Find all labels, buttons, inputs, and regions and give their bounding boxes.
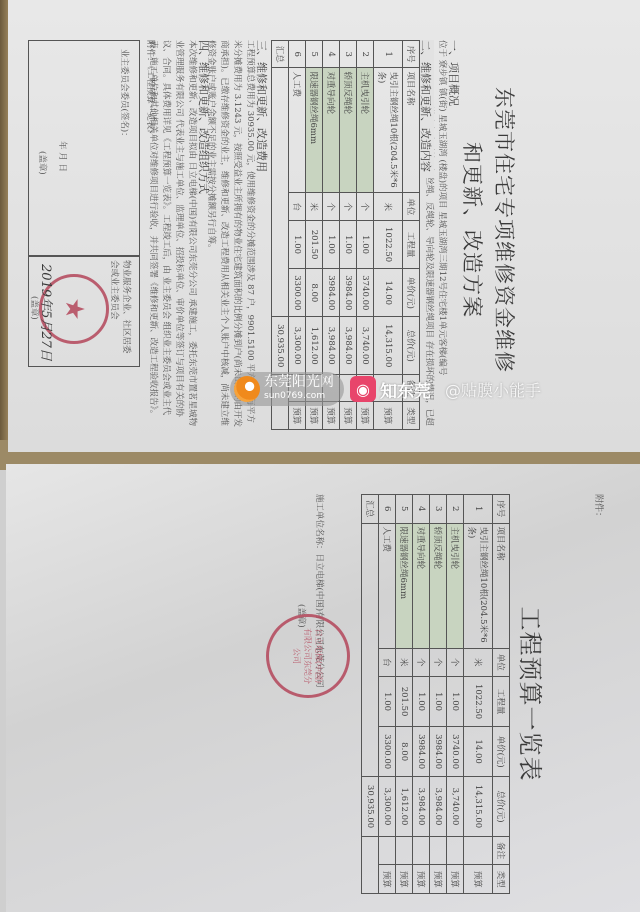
owner-committee-signature-box: 业主委员会委员(签名)： 年 月 日 (盖章): [28, 40, 140, 257]
table-cell: 3984.00: [430, 727, 447, 777]
total-label: 汇总: [362, 495, 379, 524]
table-cell: 轿顶反绳轮: [430, 523, 447, 648]
contractor-stamp: 日立电梯(中国)有限公司东莞分公司: [266, 614, 350, 698]
section-3-heading: 三、维修和更新、改造费用: [254, 40, 270, 172]
table-cell: 6: [289, 41, 306, 68]
table-cell: 3,300.00: [289, 317, 306, 375]
table-cell: 米: [306, 193, 323, 220]
total-value: 30,935.00: [362, 777, 379, 837]
table-cell: [430, 836, 447, 865]
table-cell: 4: [323, 41, 340, 68]
table-cell: 预算: [396, 865, 413, 894]
owner-signature-label: 业主委员会委员(签名)：: [119, 49, 131, 141]
table-cell: 3984.00: [413, 727, 430, 777]
table-cell: 4: [413, 495, 430, 524]
property-seal-label: (盖章): [29, 296, 41, 320]
table-cell: 个: [323, 193, 340, 220]
site-name: 东莞阳光网: [264, 374, 334, 390]
table-row: 3轿顶反绳轮个1.003984.003,984.00预算: [430, 495, 447, 894]
table-cell: 1.00: [357, 220, 374, 268]
table-cell: 预算: [379, 865, 396, 894]
table-cell: 3,984.00: [430, 777, 447, 837]
table-row: 2主机曳引轮个1.003740.003,740.00预算: [447, 495, 464, 894]
table-row: 4对重导向轮个1.003984.003,984.00预算: [413, 495, 430, 894]
sun0769-logo: 东莞阳光网 sun0769.com: [230, 372, 344, 406]
stamp-text: 日立电梯(中国)有限公司东莞分公司: [292, 626, 325, 686]
sun-logo-icon: [234, 376, 260, 402]
table-cell: 201.50: [306, 220, 323, 268]
title-line-1: 东莞市住宅专项维修资金维修: [492, 87, 516, 373]
table-cell: 3,740.00: [357, 317, 374, 375]
star-icon: ★: [59, 297, 89, 320]
table-cell: 1.00: [340, 220, 357, 268]
table-row: 5限速器钢丝绳6mm米201.508.001,612.00预算: [396, 495, 413, 894]
attachment-label: 附件：: [593, 494, 606, 521]
property-signature-label: 物业服务企业、社区居委会或业主委员会: [109, 260, 133, 360]
table-row: 1曳引主钢丝绳10根(204.5米*6条)米1022.5014.0014,315…: [464, 495, 493, 894]
table-cell: 1.00: [447, 677, 464, 727]
table-cell: 3,984.00: [323, 317, 340, 375]
zhidongguan-logo: ◉ 知东莞: [350, 376, 431, 402]
table-cell: 3984.00: [340, 269, 357, 317]
column-header: 备注: [493, 836, 510, 865]
table-cell: 1.00: [379, 677, 396, 727]
table-cell: 1.00: [323, 220, 340, 268]
eye-icon: ◉: [350, 376, 376, 402]
table-cell: 3: [340, 41, 357, 68]
table-cell: 主机曳引轮: [447, 523, 464, 648]
table-cell: 1: [374, 41, 403, 68]
budget-table-2: 序号项目名称单位工程量单价(元)总价(元)备注类型 1曳引主钢丝绳10根(204…: [361, 494, 510, 894]
column-header: 项目名称: [403, 68, 420, 193]
table-total-row: 汇总30,935.00: [362, 495, 379, 894]
table-cell: 3: [430, 495, 447, 524]
date-label: 年 月 日: [57, 141, 69, 172]
table-cell: [396, 836, 413, 865]
table-cell: 1022.50: [464, 677, 493, 727]
document-title: 东莞市住宅专项维修资金维修 和更新、改造方案: [458, 40, 520, 420]
table-cell: 8.00: [306, 269, 323, 317]
author-handle: @贴膜小能手: [445, 378, 541, 401]
table-cell: [379, 836, 396, 865]
table-cell: 14,315.00: [464, 777, 493, 837]
table-cell: 1,612.00: [306, 317, 323, 375]
table-cell: 人工费: [289, 68, 306, 193]
section-1-heading: 一、项目概况: [446, 40, 462, 106]
app-name: 知东莞: [380, 377, 431, 402]
column-header: 单位: [403, 193, 420, 220]
table-cell: 预算: [430, 865, 447, 894]
column-header: 单价(元): [493, 727, 510, 777]
table-row: 6人工费台1.003300.003,300.00预算: [379, 495, 396, 894]
table-cell: 3300.00: [379, 727, 396, 777]
table-cell: 5: [306, 41, 323, 68]
table-cell: 14.00: [464, 727, 493, 777]
table-cell: 米: [374, 193, 403, 220]
document-budget-list: 附件： 工程预算一览表 序号项目名称单位工程量单价(元)总价(元)备注类型 1曳…: [6, 464, 640, 912]
site-url: sun0769.com: [264, 389, 334, 403]
seal-label: (盖章): [37, 151, 49, 175]
table-cell: 预算: [464, 865, 493, 894]
table-cell: 1,612.00: [396, 777, 413, 837]
table-cell: 3,984.00: [413, 777, 430, 837]
budget-title: 工程预算一览表: [515, 504, 550, 884]
attachment-note: 附件：《工程预算一览表》: [143, 40, 156, 138]
table-cell: 3740.00: [357, 269, 374, 317]
column-header: 项目名称: [493, 523, 510, 648]
table-cell: 个: [413, 648, 430, 677]
table-cell: 米: [464, 648, 493, 677]
column-header: 类型: [493, 865, 510, 894]
table-cell: 3,300.00: [379, 777, 396, 837]
table-cell: 限速器钢丝绳6mm: [306, 68, 323, 193]
column-header: 工程量: [403, 220, 420, 268]
table-cell: 预算: [447, 865, 464, 894]
table-cell: 主机曳引轮: [357, 68, 374, 193]
table-cell: 8.00: [396, 727, 413, 777]
table-cell: 1.00: [413, 677, 430, 727]
table-cell: 2: [447, 495, 464, 524]
table-cell: 3984.00: [323, 269, 340, 317]
table-cell: 3300.00: [289, 269, 306, 317]
table-cell: 对重导向轮: [323, 68, 340, 193]
total-label: 汇总: [272, 41, 289, 68]
table-cell: 5: [396, 495, 413, 524]
column-header: 工程量: [493, 677, 510, 727]
table-cell: 个: [357, 193, 374, 220]
table-cell: 曳引主钢丝绳10根(204.5米*6条): [464, 523, 493, 648]
table-cell: 3740.00: [447, 727, 464, 777]
column-header: 序号: [493, 495, 510, 524]
watermark: 东莞阳光网 sun0769.com ◉ 知东莞 @贴膜小能手: [230, 371, 541, 407]
table-cell: 限速器钢丝绳6mm: [396, 523, 413, 648]
table-cell: [464, 836, 493, 865]
column-header: 序号: [403, 41, 420, 68]
table-cell: 1.00: [289, 220, 306, 268]
table-cell: 轿顶反绳轮: [340, 68, 357, 193]
table-cell: 对重导向轮: [413, 523, 430, 648]
section-4-heading: 四、维修和更新、改造组织方式: [196, 40, 212, 194]
table-cell: 201.50: [396, 677, 413, 727]
table-cell: 米: [396, 648, 413, 677]
table-cell: 14,315.00: [374, 317, 403, 375]
table-cell: 14.00: [374, 269, 403, 317]
column-header: 单价(元): [403, 269, 420, 317]
total-value: 30,935.00: [272, 317, 289, 375]
table-cell: 2: [357, 41, 374, 68]
table-cell: 3,740.00: [447, 777, 464, 837]
table-cell: 3,984.00: [340, 317, 357, 375]
table-cell: 个: [430, 648, 447, 677]
table-cell: 1: [464, 495, 493, 524]
property-signature-box: 物业服务企业、社区居委会或业主委员会 ★ 2019年5月27日 (盖章): [28, 255, 140, 367]
title-line-2: 和更新、改造方案: [458, 40, 488, 420]
table-cell: 1022.50: [374, 220, 403, 268]
table-cell: 台: [289, 193, 306, 220]
table-cell: 1.00: [430, 677, 447, 727]
table-cell: 预算: [413, 865, 430, 894]
table-cell: [447, 836, 464, 865]
table-cell: [413, 836, 430, 865]
table-header-row: 序号项目名称单位工程量单价(元)总价(元)备注类型: [493, 495, 510, 894]
column-header: 总价(元): [403, 317, 420, 375]
table-cell: 曳引主钢丝绳10根(204.5米*6条): [374, 68, 403, 193]
table-cell: 台: [379, 648, 396, 677]
column-header: 单位: [493, 648, 510, 677]
column-header: 总价(元): [493, 777, 510, 837]
table-cell: 6: [379, 495, 396, 524]
table-cell: 个: [340, 193, 357, 220]
section-2-heading: 二、维修和更新、改造内容: [418, 40, 434, 178]
table-cell: 个: [447, 648, 464, 677]
table-cell: 人工费: [379, 523, 396, 648]
